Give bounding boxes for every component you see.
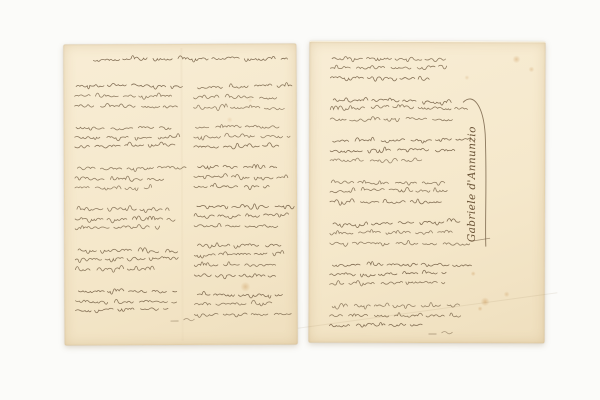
manuscript-page-2: Gabriele d'Annunzio [308, 41, 545, 344]
author-signature: Gabriele d'Annunzio [466, 119, 480, 249]
manuscript-page-1 [63, 43, 297, 345]
manuscript-photograph: Gabriele d'Annunzio [0, 0, 600, 400]
